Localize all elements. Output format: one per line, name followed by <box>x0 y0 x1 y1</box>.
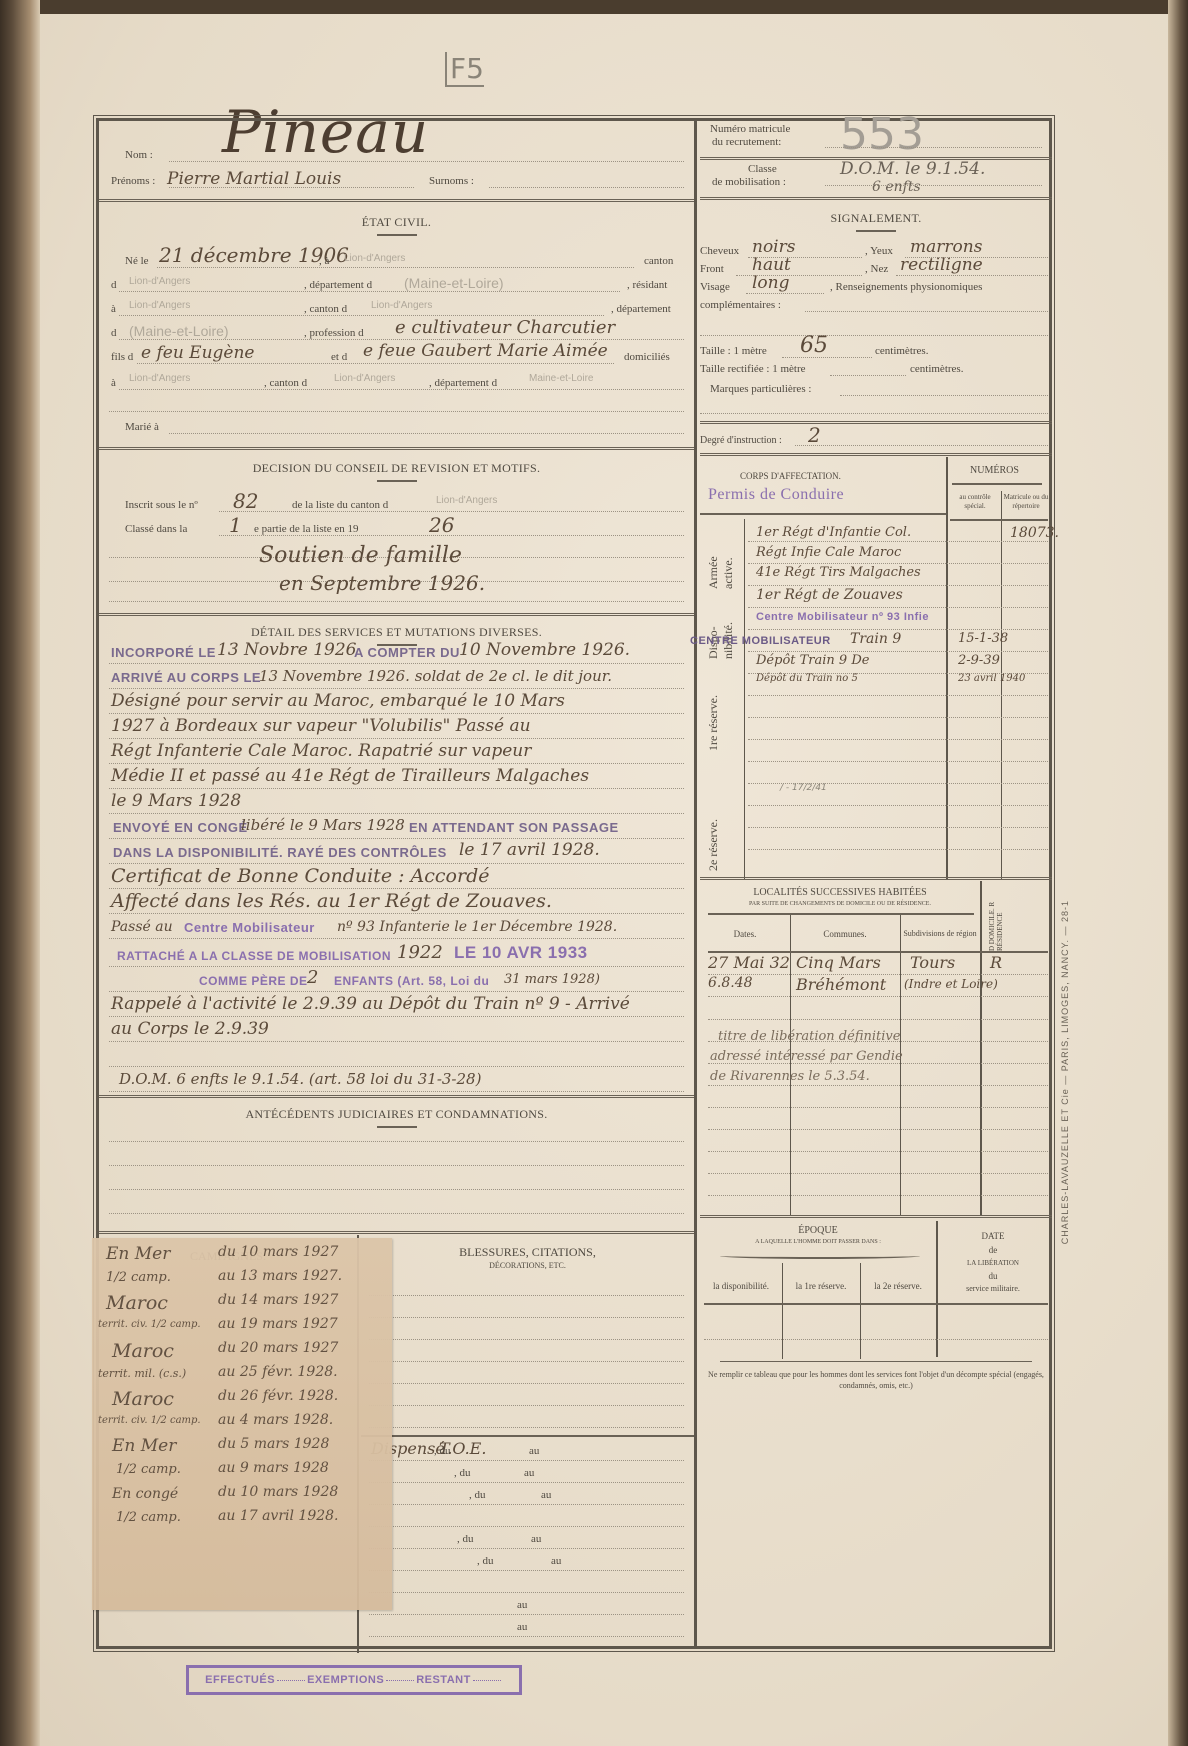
canton3-label: , canton d <box>264 377 307 389</box>
nom-label: Nom : <box>125 149 153 161</box>
cheveux-label: Cheveux <box>700 245 739 257</box>
exemptions-label: EXEMPTIONS <box>307 1674 384 1686</box>
au-label: au <box>551 1555 561 1567</box>
parents-residence: Lion-d'Angers <box>129 373 190 384</box>
prenoms-label: Prénoms : <box>111 175 155 187</box>
campagne-place: Maroc <box>112 1388 174 1410</box>
departement-value: (Maine-et-Loire) <box>404 275 504 291</box>
book-edge-right <box>1168 0 1188 1746</box>
localite-date: 6.8.48 <box>708 975 753 991</box>
service-line: INCORPORÉ LE 13 Novbre 1926 A COMPTER DU… <box>109 639 684 664</box>
liberation-note-3: de Rivarennes le 5.3.54. <box>710 1069 870 1084</box>
campagne-place: Maroc <box>112 1340 174 1362</box>
campagne-place: En Mer <box>106 1244 170 1264</box>
residant-label: , résidant <box>627 279 667 291</box>
incorporation-date: 13 Novbre 1926 <box>217 640 357 660</box>
arrival-text: 13 Novembre 1926. soldat de 2e cl. le di… <box>259 667 612 685</box>
disponibilite-entry: Centre Mobilisateur nº 93 Infie <box>756 611 929 623</box>
au-label: au <box>529 1445 539 1457</box>
localite-commune: Bréhémont <box>796 975 886 994</box>
a-label: , à <box>319 255 329 267</box>
matricule-label-1: Numéro matricule <box>710 123 790 136</box>
conge-date: libéré le 9 Mars 1928 <box>241 816 405 834</box>
service-line: 1927 à Bordeaux sur vapeur "Volubilis" P… <box>109 714 684 739</box>
corps-affectation-title: CORPS D'AFFECTATION. <box>740 471 841 481</box>
campagne-type: 1/2 camp. <box>116 1462 181 1477</box>
service-text: 1927 à Bordeaux sur vapeur "Volubilis" P… <box>111 716 531 736</box>
service-line: Certificat de Bonne Conduite : Accordé <box>109 864 684 889</box>
service-text: nº 93 Infanterie le 1er Décembre 1928. <box>337 919 617 935</box>
degre-label: Degré d'instruction : <box>700 435 782 446</box>
decision-title: DECISION DU CONSEIL DE REVISION ET MOTIF… <box>99 461 694 482</box>
stamp-passage: EN ATTENDANT SON PASSAGE <box>409 820 619 835</box>
canton-label: canton <box>644 255 673 267</box>
armee-active-matricule: 18073. <box>1010 525 1059 541</box>
du-label: , du <box>434 1445 451 1457</box>
campagne-entry: Maroc du 20 mars 1927 <box>92 1340 392 1364</box>
localite-row: 27 Mai 32 Cinq Mars Tours R <box>708 953 1048 975</box>
partie-label: e partie de la liste en 19 <box>254 523 358 535</box>
service-line: au Corps le 2.9.39 <box>109 1017 684 1042</box>
service-line: Régt Infanterie Cale Maroc. Rapatrié sur… <box>109 739 684 764</box>
blessure-row: , du au <box>369 1483 684 1505</box>
loi-date: 31 mars 1928) <box>504 972 600 987</box>
prefix-a: à <box>111 303 116 315</box>
stamp-disponibilite: DANS LA DISPONIBILITÉ. RAYÉ DES CONTRÔLE… <box>113 845 447 860</box>
localite-subdivision: (Indre et Loire) <box>904 977 998 991</box>
col-reserve-1: la 1re réserve. <box>782 1281 860 1291</box>
classe-value-1: D.O.M. le 9.1.54. <box>840 159 985 179</box>
canton3-value: Lion-d'Angers <box>334 373 395 384</box>
service-text: Certificat de Bonne Conduite : Accordé <box>111 865 489 887</box>
service-text: Rappelé à l'activité le 2.9.39 au Dépôt … <box>111 994 630 1014</box>
effectues-exemptions-stamp: EFFECTUÉS EXEMPTIONS RESTANT <box>186 1665 522 1695</box>
localite-dr: R <box>990 953 1002 972</box>
classe-label-1: Classe <box>748 163 777 175</box>
col-disponibilite: la disponibilité. <box>700 1281 782 1291</box>
date-liberation-3: LA LIBÉRATION <box>938 1259 1048 1267</box>
blessure-row: au <box>369 1593 684 1615</box>
departement2-label: , département <box>611 303 671 315</box>
departement4-value: (Maine-et-Loire) <box>129 323 229 339</box>
reserve1-entry: Dépôt du Train no 5 <box>756 673 858 684</box>
col-reserve-2: la 2e réserve. <box>860 1281 936 1291</box>
taille-label: Taille : 1 mètre <box>700 345 767 357</box>
col-communes: Communes. <box>790 929 900 939</box>
stamp-date: LE 10 AVR 1933 <box>454 943 588 963</box>
localites-subtitle: PAR SUITE DE CHANGEMENTS DE DOMICILE OU … <box>700 901 980 907</box>
service-text: au Corps le 2.9.39 <box>111 1019 269 1039</box>
stamp-centre-mobilisateur-2: CENTRE MOBILISATEUR <box>690 635 831 647</box>
numeros-title: NUMÉROS <box>970 465 1019 476</box>
campagne-from: du 20 mars 1927 <box>218 1340 338 1356</box>
surnoms-label: Surnoms : <box>429 175 474 187</box>
service-line: Rappelé à l'activité le 2.9.39 au Dépôt … <box>109 992 684 1017</box>
disponibilite-entry: 1er Régt de Zouaves <box>756 587 903 603</box>
taille-rect-unit: centimètres. <box>910 363 963 375</box>
campagne-entry: En Mer du 10 mars 1927 <box>92 1244 392 1268</box>
stamp-centre-mobilisateur: Centre Mobilisateur <box>184 920 315 935</box>
front-value: haut <box>752 255 791 275</box>
liberation-note-2: adressé intéressé par Gendie <box>710 1049 903 1064</box>
et-de-label: et d <box>331 351 347 363</box>
reserve1-label: 1re réserve. <box>706 681 721 751</box>
dom-text: D.O.M. 6 enfts le 9.1.54. (art. 58 loi d… <box>119 1070 481 1088</box>
stamp-enfants: ENFANTS (Art. 58, Loi du <box>334 974 489 988</box>
classe-value-2: 6 enfts <box>872 179 921 195</box>
campagnes-slip: En Mer du 10 mars 1927 1/2 camp. au 13 m… <box>92 1238 392 1610</box>
signalement-title: SIGNALEMENT. <box>700 211 1052 232</box>
yeux-value: marrons <box>910 237 982 257</box>
classe-mobilisation-year: 1922 <box>397 942 443 963</box>
matricule-label-2: du recrutement: <box>712 136 781 148</box>
cheveux-value: noirs <box>752 237 795 257</box>
col-matricule: Matricule ou du répertoire <box>1003 493 1049 511</box>
blessure-row: , du au <box>369 1527 684 1549</box>
service-line: COMME PÈRE DE 2 ENFANTS (Art. 58, Loi du… <box>109 967 684 992</box>
reserve1-entry: Dépôt Train 9 De <box>756 653 869 668</box>
blessures-subtitle: DÉCORATIONS, ETC. <box>361 1261 694 1270</box>
prefix-a2: à <box>111 377 116 389</box>
localite-row: 6.8.48 Bréhémont (Indre et Loire) <box>708 975 1048 997</box>
col-controle-special: au contrôle spécial. <box>950 493 1000 511</box>
localite-subdivision: Tours <box>910 953 955 972</box>
epoque-subtitle: A LAQUELLE L'HOMME DOIT PASSER DANS : <box>700 1239 936 1245</box>
departement3-label: , département d <box>429 377 497 389</box>
matricule-number: 553 <box>840 109 924 160</box>
marques-label: Marques particulières : <box>710 383 811 395</box>
pencil-code: F5 <box>445 52 484 87</box>
reserve2-label: 2e réserve. <box>706 801 721 871</box>
compter-date: 10 Novembre 1926. <box>459 640 630 660</box>
service-line: D.O.M. 6 enfts le 9.1.54. (art. 58 loi d… <box>109 1067 684 1092</box>
enfants-count: 2 <box>307 967 318 988</box>
reserve2-note: / - 17/2/41 <box>780 783 827 793</box>
service-line: Affecté dans les Rés. au 1er Régt de Zou… <box>109 889 684 914</box>
liste-year: 26 <box>429 513 454 537</box>
canton2-value: Lion-d'Angers <box>371 300 432 311</box>
partie-number: 1 <box>229 513 242 537</box>
service-line: ENVOYÉ EN CONGÉ libéré le 9 Mars 1928 EN… <box>109 814 684 839</box>
campagne-to: au 13 mars 1927. <box>218 1268 342 1284</box>
nez-label: , Nez <box>865 263 888 275</box>
domicilies-label: domiciliés <box>624 351 670 363</box>
canton2-label: , canton d <box>304 303 347 315</box>
localite-date: 27 Mai 32 <box>708 953 790 972</box>
liberation-note-1: titre de libération définitive <box>718 1029 900 1044</box>
du-label: , du <box>457 1533 474 1545</box>
raye-date: le 17 avril 1928. <box>459 840 600 860</box>
antecedents-title: ANTÉCÉDENTS JUDICIAIRES ET CONDAMNATIONS… <box>99 1107 694 1128</box>
service-text: Désigné pour servir au Maroc, embarqué l… <box>111 691 565 711</box>
stamp-pere-de: COMME PÈRE DE <box>199 974 308 988</box>
armee-active-entry: 1er Régt d'Infantie Col. <box>756 525 911 540</box>
reserve1-date: 2-9-39 <box>958 653 1000 668</box>
permis-de-conduire-stamp: Permis de Conduire <box>708 486 844 504</box>
du-label: , du <box>469 1489 486 1501</box>
campagne-from: du 14 mars 1927 <box>218 1292 338 1308</box>
departement-label: , département d <box>304 279 372 291</box>
blessure-row: , du au <box>369 1549 684 1571</box>
mother-name: e feue Gaubert Marie Aimée <box>363 341 608 361</box>
campagne-from: du 10 mars 1927 <box>218 1244 338 1260</box>
stamp-arrive: ARRIVÉ AU CORPS LE <box>111 670 261 685</box>
degre-value: 2 <box>808 423 821 447</box>
canton-value: Lion-d'Angers <box>129 276 190 287</box>
epoque-footnote: Ne remplir ce tableau que pour les homme… <box>704 1369 1048 1391</box>
stamp-envoye-conge: ENVOYÉ EN CONGÉ <box>113 820 248 835</box>
profession-value: e cultivateur Charcutier <box>395 317 615 338</box>
service-text: Médie II et passé au 41e Régt de Tiraill… <box>111 766 589 786</box>
du-label: , du <box>477 1555 494 1567</box>
printer-mark: CHARLES-LAVAUZELLE ET Cie — PARIS, LIMOG… <box>1060 900 1070 1244</box>
right-column: Numéro matricule du recrutement: 553 Cla… <box>700 121 1052 1646</box>
taille-unit: centimètres. <box>875 345 928 357</box>
date-liberation-5: service militaire. <box>938 1284 1048 1293</box>
stamp-incorpore: INCORPORÉ LE <box>111 645 216 660</box>
campagne-entry: En Mer du 5 mars 1928 <box>92 1436 392 1460</box>
prefix-d: d <box>111 279 117 291</box>
campagne-entry: Maroc du 26 févr. 1928. <box>92 1388 392 1412</box>
campagne-type: territ. mil. (c.s.) <box>98 1367 186 1380</box>
service-line <box>109 1042 684 1067</box>
campagne-entry: territ. mil. (c.s.) au 25 févr. 1928. <box>92 1364 392 1388</box>
localites-title: LOCALITÉS SUCCESSIVES HABITÉES <box>700 887 980 898</box>
liste-canton: Lion-d'Angers <box>436 495 497 506</box>
service-line: ARRIVÉ AU CORPS LE 13 Novembre 1926. sol… <box>109 664 684 689</box>
classe-label-2: de mobilisation : <box>712 176 786 188</box>
inscrit-label: Inscrit sous le nº <box>125 499 198 511</box>
father-name: e feu Eugène <box>141 343 254 363</box>
liste-label: de la liste du canton d <box>292 499 388 511</box>
campagne-entry: 1/2 camp. au 13 mars 1927. <box>92 1268 392 1292</box>
visage-value: long <box>752 273 790 293</box>
campagne-from: du 26 févr. 1928. <box>218 1388 338 1404</box>
campagne-type: 1/2 camp. <box>106 1270 171 1285</box>
campagne-to: au 17 avril 1928. <box>218 1508 339 1524</box>
prenoms-value: Pierre Martial Louis <box>167 169 341 189</box>
localite-commune: Cinq Mars <box>796 953 881 972</box>
au-label: au <box>517 1599 527 1611</box>
campagne-entry: 1/2 camp. au 17 avril 1928. <box>92 1508 392 1532</box>
blessures-title: BLESSURES, CITATIONS, <box>361 1245 694 1260</box>
service-line: Désigné pour servir au Maroc, embarqué l… <box>109 689 684 714</box>
au-label: au <box>541 1489 551 1501</box>
service-text: le 9 Mars 1928 <box>111 791 241 811</box>
stamp-rattache: RATTACHÉ A LA CLASSE DE MOBILISATION <box>117 949 391 963</box>
taille-rect-label: Taille rectifiée : 1 mètre <box>700 363 806 375</box>
nez-value: rectiligne <box>900 255 983 275</box>
campagne-place: Maroc <box>106 1292 168 1314</box>
prefix-d2: d <box>111 327 117 339</box>
service-text: Passé au <box>111 919 173 935</box>
date-liberation-1: DATE <box>938 1231 1048 1241</box>
birth-place: Lion-d'Angers <box>344 253 405 264</box>
blessure-row: au <box>369 1615 684 1637</box>
campagne-entry: Maroc du 14 mars 1927 <box>92 1292 392 1316</box>
blessure-row <box>369 1505 684 1527</box>
armee-active-entry: Régt Infie Cale Maroc <box>756 545 901 560</box>
reserve1-date: 23 avril 1940 <box>958 673 1025 684</box>
blessure-row: , du au <box>369 1439 684 1461</box>
au-label: au <box>531 1533 541 1545</box>
date-liberation-2: de <box>938 1245 1048 1255</box>
au-label: au <box>524 1467 534 1479</box>
col-domicile-residence: D DOMICILE. R RÉSIDENCE <box>988 889 1028 951</box>
armee-active-entry: 41e Régt Tirs Malgaches <box>756 565 921 580</box>
date-liberation-4: du <box>938 1271 1048 1281</box>
etat-civil-title: ÉTAT CIVIL. <box>99 215 694 236</box>
service-line: le 9 Mars 1928 <box>109 789 684 814</box>
motif-line-2: en Septembre 1926. <box>279 571 485 595</box>
marie-label: Marié à <box>125 421 159 433</box>
campagne-from: du 10 mars 1928 <box>218 1484 338 1500</box>
service-line: Passé au Centre Mobilisateur nº 93 Infan… <box>109 914 684 939</box>
campagne-to: au 25 févr. 1928. <box>218 1364 338 1380</box>
yeux-label: , Yeux <box>865 245 893 257</box>
blessure-row: , du au <box>369 1461 684 1483</box>
armee-active-label: Armée active. <box>706 529 736 589</box>
classe-label: Classé dans la <box>125 523 187 535</box>
campagne-entry: 1/2 camp. au 9 mars 1928 <box>92 1460 392 1484</box>
motif-line-1: Soutien de famille <box>259 543 462 568</box>
ne-le-label: Né le <box>125 255 149 267</box>
service-text: Régt Infanterie Cale Maroc. Rapatrié sur… <box>111 741 531 761</box>
du-label: , du <box>454 1467 471 1479</box>
residence-value: Lion-d'Angers <box>129 300 190 311</box>
campagne-type: territ. civ. 1/2 camp. <box>98 1415 201 1426</box>
service-line: RATTACHÉ A LA CLASSE DE MOBILISATION 192… <box>109 939 684 967</box>
departement3-value: Maine-et-Loire <box>529 373 593 384</box>
campagne-to: au 4 mars 1928. <box>218 1412 333 1428</box>
book-binding-left <box>0 0 40 1746</box>
service-text: Affecté dans les Rés. au 1er Régt de Zou… <box>111 890 552 912</box>
campagne-entry: territ. civ. 1/2 camp. au 19 mars 1927 <box>92 1316 392 1340</box>
reserve1-date: 15-1-38 <box>958 631 1008 646</box>
campagne-place: En Mer <box>112 1436 176 1456</box>
profession-label: , profession d <box>304 327 364 339</box>
au-label: au <box>517 1621 527 1633</box>
campagne-entry: En congé du 10 mars 1928 <box>92 1484 392 1508</box>
stamp-a-compter: A COMPTER DU <box>354 645 460 660</box>
epoque-title: ÉPOQUE <box>700 1225 936 1236</box>
service-line: Médie II et passé au 41e Régt de Tiraill… <box>109 764 684 789</box>
campagne-entry: territ. civ. 1/2 camp. au 4 mars 1928. <box>92 1412 392 1436</box>
col-dates: Dates. <box>700 929 790 939</box>
blessure-row <box>369 1571 684 1593</box>
inscrit-number: 82 <box>233 489 258 513</box>
restant-label: RESTANT <box>416 1674 471 1686</box>
taille-value: 65 <box>800 333 828 358</box>
complementaires-label: complémentaires : <box>700 299 781 311</box>
campagne-type: 1/2 camp. <box>116 1510 181 1525</box>
fils-label: fils d <box>111 351 133 363</box>
campagne-to: au 9 mars 1928 <box>218 1460 329 1476</box>
visage-label: Visage <box>700 281 730 293</box>
disponibilite-label: Dispo-nibilité. <box>706 599 736 659</box>
campagne-to: au 19 mars 1927 <box>218 1316 338 1332</box>
front-label: Front <box>700 263 724 275</box>
campagne-from: du 5 mars 1928 <box>218 1436 329 1452</box>
effectues-label: EFFECTUÉS <box>205 1674 275 1686</box>
campagne-place: En congé <box>112 1486 178 1502</box>
renseignements-label: , Renseignements physionomiques <box>830 281 982 293</box>
reserve1-entry: Train 9 <box>850 631 901 647</box>
service-line: DANS LA DISPONIBILITÉ. RAYÉ DES CONTRÔLE… <box>109 839 684 864</box>
campagne-type: territ. civ. 1/2 camp. <box>98 1319 201 1330</box>
col-subdivisions: Subdivisions de région <box>900 929 980 938</box>
